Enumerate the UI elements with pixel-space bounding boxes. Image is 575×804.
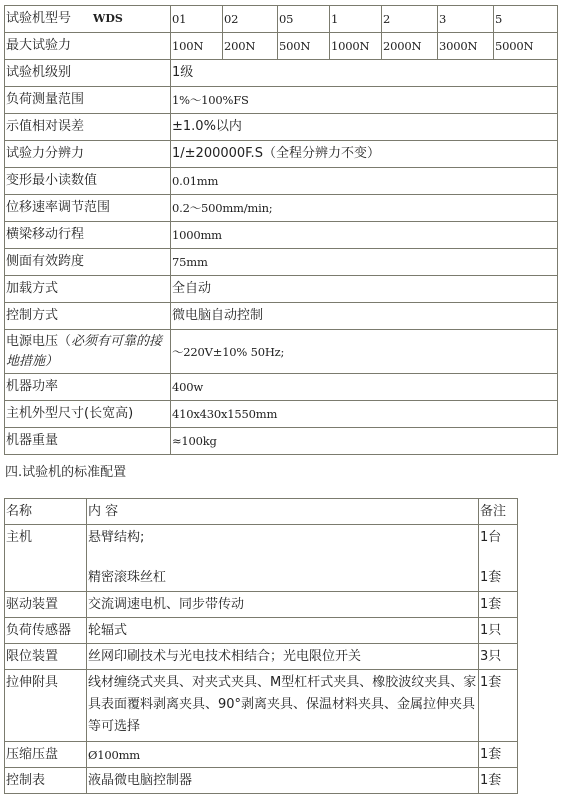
model-cell: 1: [330, 6, 382, 33]
header-name: 名称: [5, 499, 87, 525]
force-cell: 200N: [223, 33, 278, 60]
spec-label: 主机外型尺寸(长宽高): [5, 401, 171, 428]
config-header-row: 名称 内 容 备注: [5, 499, 518, 525]
spec-value: 400w: [171, 374, 558, 401]
config-content: 丝网印刷技术与光电技术相结合；光电限位开关: [87, 644, 479, 670]
spec-row: 主机外型尺寸(长宽高)410x430x1550mm: [5, 401, 558, 428]
config-note: 3只: [479, 644, 518, 670]
spec-row: 变形最小读数值0.01mm: [5, 168, 558, 195]
spec-row: 横梁移动行程1000mm: [5, 222, 558, 249]
config-content: 悬臂结构; 精密滚珠丝杠: [87, 525, 479, 592]
model-cell: 3: [438, 6, 494, 33]
force-cell: 2000N: [382, 33, 438, 60]
power-row: 电源电压（必须有可靠的接地措施） ～220V±10% 50Hz;: [5, 330, 558, 374]
config-row: 限位装置丝网印刷技术与光电技术相结合；光电限位开关3只: [5, 644, 518, 670]
spec-row: 机器功率400w: [5, 374, 558, 401]
spec-label: 侧面有效跨度: [5, 249, 171, 276]
spec-value: 75mm: [171, 249, 558, 276]
spec-value: 1级: [171, 60, 558, 87]
spec-value: 微电脑自动控制: [171, 303, 558, 330]
config-row-main: 主机 悬臂结构; 精密滚珠丝杠 1台 1套: [5, 525, 518, 592]
spec-label: 加载方式: [5, 276, 171, 303]
spec-row: 控制方式微电脑自动控制: [5, 303, 558, 330]
spec-label: 机器重量: [5, 428, 171, 455]
spec-row: 试验机级别1级: [5, 60, 558, 87]
config-content: 轮辐式: [87, 618, 479, 644]
config-row: 驱动装置交流调速电机、同步带传动1套: [5, 592, 518, 618]
power-label-cell: 电源电压（必须有可靠的接地措施）: [5, 330, 171, 374]
header-content: 内 容: [87, 499, 479, 525]
spec-label: 变形最小读数值: [5, 168, 171, 195]
power-label: 电源电压（: [6, 334, 71, 349]
config-content: 交流调速电机、同步带传动: [87, 592, 479, 618]
spec-value: 1%～100%FS: [171, 87, 558, 114]
model-cell: 05: [278, 6, 330, 33]
config-row: 控制表液晶微电脑控制器1套: [5, 768, 518, 794]
spec-value: 410x430x1550mm: [171, 401, 558, 428]
model-cell: 2: [382, 6, 438, 33]
model-label-cell: 试验机型号WDS: [5, 6, 171, 33]
spec-label: 机器功率: [5, 374, 171, 401]
spec-value: 1/±200000F.S（全程分辨力不变）: [171, 141, 558, 168]
config-table: 名称 内 容 备注 主机 悬臂结构; 精密滚珠丝杠 1台 1套 驱动装置交流调速…: [4, 498, 518, 794]
config-note: 1套: [479, 592, 518, 618]
config-content-line: 悬臂结构;: [88, 530, 478, 548]
spec-label: 横梁移动行程: [5, 222, 171, 249]
config-row: 负荷传感器轮辐式1只: [5, 618, 518, 644]
spec-row: 机器重量≈100kg: [5, 428, 558, 455]
config-content: 液晶微电脑控制器: [87, 768, 479, 794]
force-label: 最大试验力: [5, 33, 171, 60]
series-label: WDS: [93, 12, 123, 25]
spec-table: 试验机型号WDS 01 02 05 1 2 3 5 最大试验力 100N 200…: [4, 5, 558, 455]
spec-row: 负荷测量范围1%～100%FS: [5, 87, 558, 114]
force-cell: 500N: [278, 33, 330, 60]
spec-label: 试验机级别: [5, 60, 171, 87]
spec-label: 控制方式: [5, 303, 171, 330]
spec-value: 0.2～500mm/min;: [171, 195, 558, 222]
config-note: 1套: [479, 768, 518, 794]
force-cell: 1000N: [330, 33, 382, 60]
config-name: 负荷传感器: [5, 618, 87, 644]
spec-value: 1000mm: [171, 222, 558, 249]
config-content: Ø100mm: [87, 742, 479, 768]
spec-value: 全自动: [171, 276, 558, 303]
model-label: 试验机型号: [6, 11, 71, 26]
config-name: 拉伸附具: [5, 670, 87, 742]
power-value: ～220V±10% 50Hz;: [171, 330, 558, 374]
spec-row: 示值相对误差±1.0%以内: [5, 114, 558, 141]
model-row: 试验机型号WDS 01 02 05 1 2 3 5: [5, 6, 558, 33]
force-cell: 5000N: [494, 33, 558, 60]
section-heading: 四.试验机的标准配置: [5, 461, 126, 480]
config-note-line: 1台: [480, 530, 517, 548]
config-note: 1套: [479, 670, 518, 742]
config-note-line: 1套: [480, 570, 517, 588]
config-name: 限位装置: [5, 644, 87, 670]
config-name: 控制表: [5, 768, 87, 794]
header-note: 备注: [479, 499, 518, 525]
spec-value: ≈100kg: [171, 428, 558, 455]
spec-row: 位移速率调节范围0.2～500mm/min;: [5, 195, 558, 222]
model-cell: 5: [494, 6, 558, 33]
spec-label: 试验力分辨力: [5, 141, 171, 168]
force-row: 最大试验力 100N 200N 500N 1000N 2000N 3000N 5…: [5, 33, 558, 60]
spec-label: 负荷测量范围: [5, 87, 171, 114]
force-cell: 100N: [171, 33, 223, 60]
config-content: 线材缠绕式夹具、对夹式夹具、M型杠杆式夹具、橡胶波纹夹具、家具表面覆料剥离夹具、…: [87, 670, 479, 742]
config-content-line: 精密滚珠丝杠: [88, 570, 478, 588]
spec-value: 0.01mm: [171, 168, 558, 195]
spec-label: 位移速率调节范围: [5, 195, 171, 222]
config-row: 压缩压盘Ø100mm1套: [5, 742, 518, 768]
config-name: 主机: [5, 525, 87, 592]
config-row: 拉伸附具线材缠绕式夹具、对夹式夹具、M型杠杆式夹具、橡胶波纹夹具、家具表面覆料剥…: [5, 670, 518, 742]
spec-value: ±1.0%以内: [171, 114, 558, 141]
config-name: 压缩压盘: [5, 742, 87, 768]
config-note: 1台 1套: [479, 525, 518, 592]
spec-row: 试验力分辨力1/±200000F.S（全程分辨力不变）: [5, 141, 558, 168]
model-cell: 02: [223, 6, 278, 33]
spec-label: 示值相对误差: [5, 114, 171, 141]
config-note: 1套: [479, 742, 518, 768]
spec-row: 加载方式全自动: [5, 276, 558, 303]
force-cell: 3000N: [438, 33, 494, 60]
spec-row: 侧面有效跨度75mm: [5, 249, 558, 276]
config-note: 1只: [479, 618, 518, 644]
model-cell: 01: [171, 6, 223, 33]
config-name: 驱动装置: [5, 592, 87, 618]
